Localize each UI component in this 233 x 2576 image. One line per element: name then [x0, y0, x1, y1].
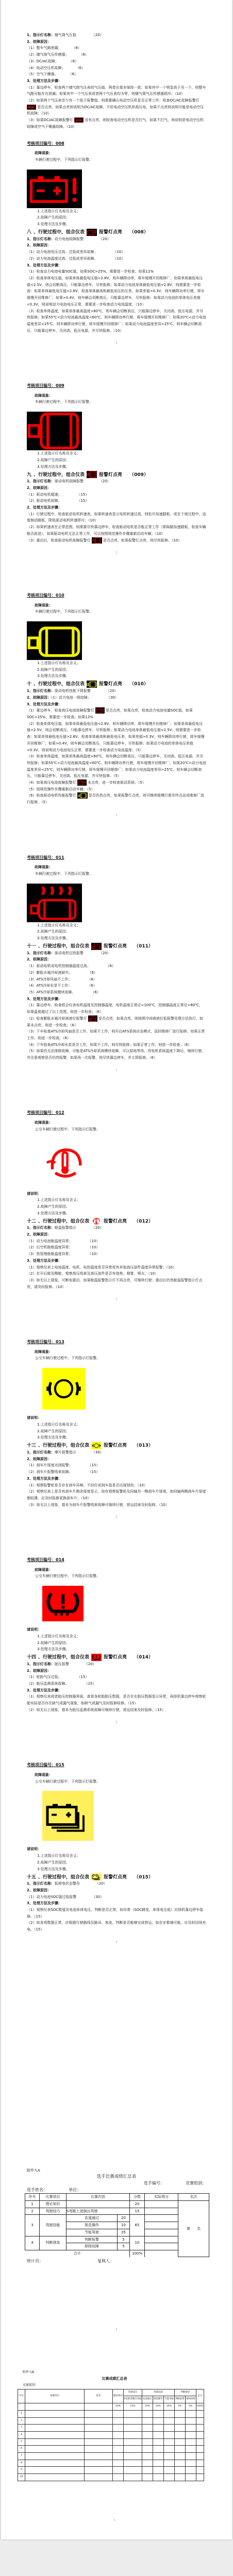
phenomenon-text: 公交车辆行驶过程中，下列指示灯报警。 [27, 1778, 206, 1785]
player-no-label: 选手编号： [144, 2181, 164, 2185]
cause-item: （2）驱动电机故障。（15） [27, 498, 206, 504]
explain-label: 请说明： [27, 1415, 206, 1421]
phenomenon-label: 故障现象： [27, 393, 206, 399]
phenomenon-text: 公交车辆行驶过程中，下列指示灯报警。 [27, 1126, 206, 1133]
page-number: 2 [27, 340, 206, 347]
step-item: （3）检查单体温度，如果单体最高温度>60℃，则车辆会切断高压，只能靠边停车，关… [27, 753, 206, 779]
step-item: （2）检查膨胀水箱冷却液液位报警灯 是否点亮，如果点亮，则按照冷却液液位低报警处… [27, 1015, 206, 1028]
section-010: 考核项目编号：010故障现象：车辆行驶过程中，下列指示灯报警。1.上述指示灯名称… [1, 567, 232, 829]
appendix-a-label: 附件九A [27, 2167, 206, 2174]
project-number: 考核项目编号：013 [27, 1339, 206, 1346]
step-item: （2）观察仪表上是否有刹车片剩余厚度显示，如有观察报警轮及同轴另一侧刹车片厚度，… [27, 1488, 206, 1501]
cause-item: （1）整车气路泄漏；（6） [27, 45, 206, 52]
cause-item: （1）动力电池电压过高、过低或差异故障；（10） [27, 249, 206, 256]
cause-item: （2）胎压监测系统故障。（15） [27, 1681, 206, 1687]
sec7-name-line: 1、指示灯名称：储气筒气压低（20） [27, 32, 206, 39]
document: 1、指示灯名称：储气筒气压低（20） 2、故障原因： （1）整车气路泄漏；（6）… [1, 0, 232, 2539]
motor-red-icon [87, 471, 97, 478]
explain-list: 1.上述指示灯名称及含义；2.故障产生的原因；3.处理方法及步骤。 [27, 450, 206, 470]
motor-yellow-icon [87, 681, 97, 688]
step-item: （4）如果高压电池故障报警灯 未点亮，进一步检查驱动系统；（5） [27, 779, 206, 786]
cause-item: （1）动力电池舱温度异常；（10） [27, 1238, 206, 1245]
project-number: 考核项目编号：015 [27, 1762, 206, 1769]
section-013: 考核项目编号：013故障现象：公交车辆行驶过程中，下列指示灯报警。请说明：1.上… [1, 1313, 232, 1531]
ranking-row[interactable]: 9 [18, 2467, 204, 2474]
ranking-row[interactable]: 7 [18, 2453, 204, 2460]
step-item: （2）打开后舱及侧舱，观察高压线束及高压部件是否有烧焦、烟雾、明火；（10） [27, 1270, 206, 1277]
blank-page-area [1, 1956, 232, 2152]
causes-label: 2、故障原因： [27, 39, 206, 45]
step-item: （2）如果转速表在正常范围，则需要尽快靠边停车，检查驱动电机是否能正常工作（即踩… [27, 524, 206, 537]
step-item: （1）靠边停车，检查两个储气筒气压表的气压值，两者应基本保持一致；如果其中一个明… [27, 84, 206, 97]
explain-label: 请说明： [27, 1846, 206, 1853]
steps-label: 3、处理方法及步骤： [27, 262, 206, 269]
section-title: 十、行驶过程中，组合仪表报警灯点亮（010） [27, 681, 206, 688]
steps-label: 2、处理方法及步骤： [27, 504, 206, 511]
cause-item: （5）空气干燥器。（6） [27, 71, 206, 78]
warning-light-image [42, 1791, 206, 1841]
section-title: 十一、行驶过程中，组合仪表报警灯点亮（011） [27, 943, 206, 950]
step-item: （5）如果仍无法排除故障，可能是ATS冷却系统模块故障，可以原地等待，待电机系统… [27, 1048, 206, 1061]
warning-light-image [27, 621, 206, 660]
steps-label: 3、处理方法及步骤： [27, 1900, 206, 1907]
steps-label: 3、处理方法及步骤： [27, 78, 206, 84]
score-input[interactable] [145, 2229, 178, 2236]
total-input[interactable] [145, 2250, 178, 2257]
explain-list: 1.上述指示灯名称及含义；2.故障产生的原因；3.处理方法及步骤。 [27, 922, 206, 942]
brake-pad-yellow-icon [91, 1442, 102, 1449]
explain-list: 1.上述指示灯名称及含义；2.故障产生的原因；3.处理方法及步骤。 [27, 660, 206, 680]
score-input[interactable] [145, 2208, 178, 2215]
phenomenon-label: 故障现象： [27, 1349, 206, 1355]
cause-item: （3）ATS冷却风扇不工作；（6） [27, 976, 206, 983]
phenomenon-label: 故障现象： [27, 602, 206, 609]
warning-light-image [27, 412, 206, 450]
page-number: 3 [27, 1514, 206, 1521]
cause-item: （4）电动空压机故障；（6） [27, 65, 206, 72]
project-number: 考核项目编号：009 [27, 383, 206, 389]
section-009: 考核项目编号：009故障现象：车辆行驶过程中，下列指示灯报警。1.上述指示灯名称… [1, 357, 232, 567]
sections: 考核项目编号：008故障现象：车辆行驶过程中，下列指示灯报警。1.上述指示灯名称… [1, 130, 232, 1956]
section-014: 考核项目编号：014故障现象：公交车辆行驶过程中，下列指示灯报警。请说明：1.上… [1, 1531, 232, 1736]
steps-label: 3、处理方法及步骤： [27, 1476, 206, 1482]
phenomenon-label: 故障现象： [27, 1120, 206, 1126]
appendix-a-title: 选手比赛成绩汇总表 [27, 2174, 206, 2180]
section-title: 十二、行驶过程中，组合仪表报警灯点亮（012） [27, 1217, 206, 1225]
step-item: （3）如无以上现象，可断电重启，如果舱温报警指示灯不再点亮，可继续行驶；重启后仍… [27, 1277, 206, 1290]
explain-label: 请说明： [27, 1191, 206, 1197]
step-item: （2）检查单体电压值，如果单体最低电压值<2.8V，则车辆降功率，将车缓慢开回维… [27, 275, 206, 308]
section-title: 十四、行驶过程中，组合仪表报警灯点亮（014） [27, 1654, 206, 1661]
battery-fault-icon [95, 707, 105, 714]
phenomenon-label: 故障现象： [27, 1567, 206, 1573]
cause-item: （3）DC/AC故障；（6） [27, 58, 206, 65]
section-title: 九、行驶过程中，组合仪表报警灯点亮（009） [27, 471, 206, 478]
warning-light-image [27, 884, 206, 922]
phenomenon-label: 故障现象： [27, 864, 206, 871]
battery-fault-icon [77, 779, 87, 786]
section-title: 八、行驶过程中，组合仪表报警灯点亮（008） [27, 229, 206, 236]
dcac-fault-icon: DC/AC [27, 105, 36, 110]
project-number: 考核项目编号：014 [27, 1557, 206, 1564]
score-input[interactable] [145, 2222, 178, 2229]
step-item: （3）重启后，检查驱动电机故障报警灯 是否点亮，如果报警灯点亮，则尽快报修。（1… [27, 537, 206, 544]
appendix-b: 附件九B 比赛成绩汇总表 竞赛组别： 序号参赛单位姓名理论知识驾驶技巧驾驶技能判… [1, 2333, 232, 2539]
step-item: （3）如果DC/AC故障报警灯 DC/AC 没有点亮，则检查电动空压机是否打气，… [27, 117, 206, 130]
statistician-label: 统计员： [27, 2259, 43, 2263]
steps-label: 3、处理方法及步骤： [27, 701, 206, 708]
phenomenon-text: 公交车辆行驶过程中，下列指示灯报警。 [27, 1573, 206, 1580]
score-input[interactable] [145, 2236, 178, 2243]
coolant-level-icon [88, 1015, 97, 1022]
motor-warning-icon [77, 792, 88, 799]
steps-label: 3、处理方法及步骤： [27, 996, 206, 1003]
rank-cell: 第 名 [178, 2201, 209, 2257]
section-title: 十五、行驶过程中，组合仪表报警灯点亮（015） [27, 1873, 206, 1880]
warning-light-image [42, 1368, 206, 1410]
explain-label: 请说明： [27, 1626, 206, 1633]
step-item: （1）观察仪表上电池温度、电机、电控温度是否异常或有其他高压部件温度异常报警；（… [27, 1264, 206, 1271]
section-015: 考核项目编号：015故障现象：公交车辆行驶过程中，下列指示灯报警。请说明：1.上… [1, 1736, 232, 1956]
steps-label: 3、处理方法及步骤： [27, 1258, 206, 1264]
page-number: 3 [27, 2327, 206, 2333]
explain-list: 1.上述指示灯名称及含义；2.故障产生的原因；3.处理方法及步骤。 [27, 1853, 206, 1872]
ranking-row[interactable]: 10 [18, 2474, 204, 2481]
warning-light-image [27, 170, 206, 208]
cause-item: （2）动力电池温度过高、过低或差异故障。（10） [27, 256, 206, 262]
section-011: 考核项目编号：011故障现象：车辆行驶过程中，下列指示灯报警。1.上述指示灯名称… [1, 829, 232, 1084]
step-item: （1）检查动力电池电量SOC值，如果SOC>25%，需要进一步检查；如果12%（… [27, 268, 206, 347]
project-number: 考核项目编号：011 [27, 855, 206, 861]
step-item: （1）观察仪表或者胎压控制器界面，查看各轮胎胎压数据，是否存在胎压数据显示异常，… [27, 1693, 206, 1706]
low-charge-yellow-icon [91, 1873, 102, 1880]
cause-item: （1）驱动电机或电机控制器温度过高；（6） [27, 963, 206, 970]
cause-item: （1）轮胎气压过低；（15） [27, 1674, 206, 1681]
appendix-b-group-label: 竞赛组别： [23, 2382, 206, 2389]
ranking-table: 序号参赛单位姓名理论知识驾驶技巧驾驶技能判断排故总分S弯路进倒出驾驶农道通过规范… [18, 2389, 204, 2481]
cause-item: （2）膨胀水箱冷却液缺失；（6） [27, 970, 206, 976]
appendix-b-title: 比赛成绩汇总表 [23, 2376, 206, 2382]
step-item: （3）如无以上现象，基本为刹车片报警线束故障可继续行驶，营运结束及时报修。（10… [27, 1502, 206, 1509]
step-item: （1）观察报警轮是否存在刹车异响、不回位或刹车盘是否出现划伤；（10） [27, 1482, 206, 1489]
cabin-temp-red-icon [91, 1217, 102, 1225]
cause-item: （2）后空机舱舱温度异常；（10） [27, 1244, 206, 1251]
page-1: 1、指示灯名称：储气筒气压低（20） 2、故障原因： （1）整车气路泄漏；（6）… [1, 0, 232, 130]
cause-item: （2）储气筒气压传感器；（6） [27, 52, 206, 58]
step-item: （1）靠边停车，检查高压电池故障报警灯 是否点亮，如果点亮，检查动力电池电量SO… [27, 707, 206, 818]
step-item: （1）靠边停车，检查组合仪表电机温度及控制器温度，电机温度正常应<100℃，控制… [27, 1002, 206, 1015]
warning-light-image [42, 1586, 206, 1621]
battery-fault-red-icon [87, 229, 97, 236]
cause-item: （1）刹车片厚度达到报警；（15） [27, 1462, 206, 1469]
ranking-row[interactable]: 8 [18, 2460, 204, 2467]
motor-hot-red-icon [91, 943, 102, 950]
ranking-row[interactable]: 4 [18, 2431, 204, 2438]
explain-list: 1.上述指示灯名称及含义；2.故障产生的原因；3.处理方法及步骤。 [27, 1421, 206, 1441]
project-number: 考核项目编号：012 [27, 1110, 206, 1116]
cause-item: （2）刹车片报警线束故障。（15） [27, 1469, 206, 1476]
phenomenon-text: 车辆行驶过程中，下列指示灯报警。 [27, 157, 206, 163]
phenomenon-label: 故障现象： [27, 1772, 206, 1778]
phenomenon-label: 故障现象： [27, 150, 206, 157]
group-label: 竞赛组别： [186, 2181, 206, 2185]
ranking-row[interactable]: 2 [18, 2417, 204, 2425]
score-table: 序号 比赛项目 比赛内容 分数 实际得分 名次 1 理论知识 20 第 名 2 … [25, 2193, 209, 2257]
ranking-row[interactable]: 3 [18, 2425, 204, 2432]
score-input[interactable] [145, 2243, 178, 2250]
step-item: （2）如无以上现象，基本为胎压监测系统故障可继续行驶，营运结束及时报修。（15） [27, 1707, 206, 1714]
sec7-causes: （1）整车气路泄漏；（6）（2）储气筒气压传感器；（6）（3）DC/AC故障；（… [27, 45, 206, 78]
appendix-b-label: 附件九B [23, 2369, 206, 2376]
explain-list: 1.上述指示灯名称及含义；2.故障产生的原因；3.处理方法及步骤。 [27, 1633, 206, 1653]
step-item: （2）如各项数据正常，应根据行驶路线及路况、客流，判断是否能够完成营运，如存在极… [27, 1920, 206, 1933]
cause-item: （1）驱动电机超速；（15） [27, 492, 206, 498]
phenomenon-text: 车辆行驶过程中，下列指示灯报警。 [27, 871, 206, 877]
step-item: （1）行驶过程中，检查驱动电机转速表，如果转速表显示电机转速过高，则松开加速踏板… [27, 511, 206, 524]
explain-list: 1.上述指示灯名称及含义；2.故障产生的原因；3.处理方法及步骤。 [27, 208, 206, 228]
page-number: 3 [27, 1939, 206, 1946]
step-item: （6）检查驱动电机性能报警灯 是否仍然点亮，如果报警灯点亮，则可继续缓慢行驶至终… [27, 792, 206, 805]
cause-item: （5）ATS冷却系统模块故障。（6） [27, 989, 206, 996]
phenomenon-text: 公交车辆行驶过程中，下列指示灯报警。 [27, 1355, 206, 1362]
page-number: 2 [27, 550, 206, 556]
score-input[interactable] [145, 2215, 178, 2222]
project-number: 考核项目编号：008 [27, 141, 206, 147]
page-number: 3 [27, 1720, 206, 1726]
ranking-row[interactable]: 6 [18, 2446, 204, 2453]
section-012: 考核项目编号：012故障现象：公交车辆行驶过程中，下列指示灯报警。请说明：1.上… [1, 1084, 232, 1313]
section-008: 考核项目编号：008故障现象：车辆行驶过程中，下列指示灯报警。1.上述指示灯名称… [1, 130, 232, 357]
project-number: 考核项目编号：010 [27, 592, 206, 599]
step-item: （2）检查单体电压值，如果单体最低电压值<2.8V，则车辆降功率，将车缓慢开回维… [27, 721, 206, 754]
step-item: （1）观察仪表SOC数值及电池单体电压，判断是否正常，如异常（SOC跳变，单体电… [27, 1907, 206, 1920]
step-item: （3）下车检查ATS冷却风扇是否工作，如果不工作，则开启ATS系统应急模式，返回… [27, 1028, 206, 1041]
sec7-steps: （1）靠边停车，检查两个储气筒气压表的气压值，两者应基本保持一致；如果其中一个明… [27, 84, 206, 130]
step-item: （2）如果两个气压表至少有一个低于报警值，则需要确认电动空压机是否正常工作：检查… [27, 97, 206, 117]
page-number: 2 [27, 812, 206, 819]
page-number: 4 [23, 2517, 206, 2524]
cause-item: （4）ATS冷却水泵不工作；（6） [27, 982, 206, 989]
cause-item: （1）动力电池SOC值过低报警（30） [27, 1894, 206, 1901]
step-item: （5）按规范操作步骤重新启动车辆；（5） [27, 786, 206, 793]
player-name-label: 选手姓名： [27, 2188, 47, 2192]
ranking-row[interactable]: 5 [18, 2438, 204, 2446]
dcac-fault-icon: DC/AC [74, 117, 84, 123]
page-number: 3 [27, 1296, 206, 1303]
section-title: 十三、行驶过程中，组合仪表报警灯点亮（013） [27, 1442, 206, 1449]
page-number: 2 [27, 1067, 206, 1074]
unit-label: 单位： [69, 2188, 81, 2192]
steps-label: 3、处理方法及步骤： [27, 1687, 206, 1694]
phenomenon-text: 车辆行驶过程中，下列指示灯报警。 [27, 608, 206, 615]
appendix-a: 附件九A 选手比赛成绩汇总表 选手编号： 竞赛组别： 选手姓名： 单位： 序号 … [1, 2152, 232, 2333]
warning-light-image [42, 1139, 206, 1185]
cause-item: （3）热管理舱舱温度异常；（10） [27, 1251, 206, 1258]
score-input[interactable] [145, 2201, 178, 2208]
reviewer-label: 复核人： [97, 2259, 114, 2263]
phenomenon-text: 车辆行驶过程中，下列指示灯报警。 [27, 399, 206, 405]
tire-pressure-red-icon [91, 1654, 102, 1661]
step-item: （3）检查单体温度，如果单体最高温度>60℃，则车辆会切断高压，只能靠边停车，关… [27, 308, 206, 334]
explain-list: 1.上述指示灯名称及含义；2.故障产生的原因；3.处理方法及步骤。 [27, 1197, 206, 1216]
ranking-row[interactable]: 1 [18, 2410, 204, 2417]
motor-warning-icon [92, 537, 102, 544]
step-item: （4）下车检查ATS冷却水泵是否工作，如果不工作，则尽快报修；如果正常工作，则进… [27, 1042, 206, 1048]
